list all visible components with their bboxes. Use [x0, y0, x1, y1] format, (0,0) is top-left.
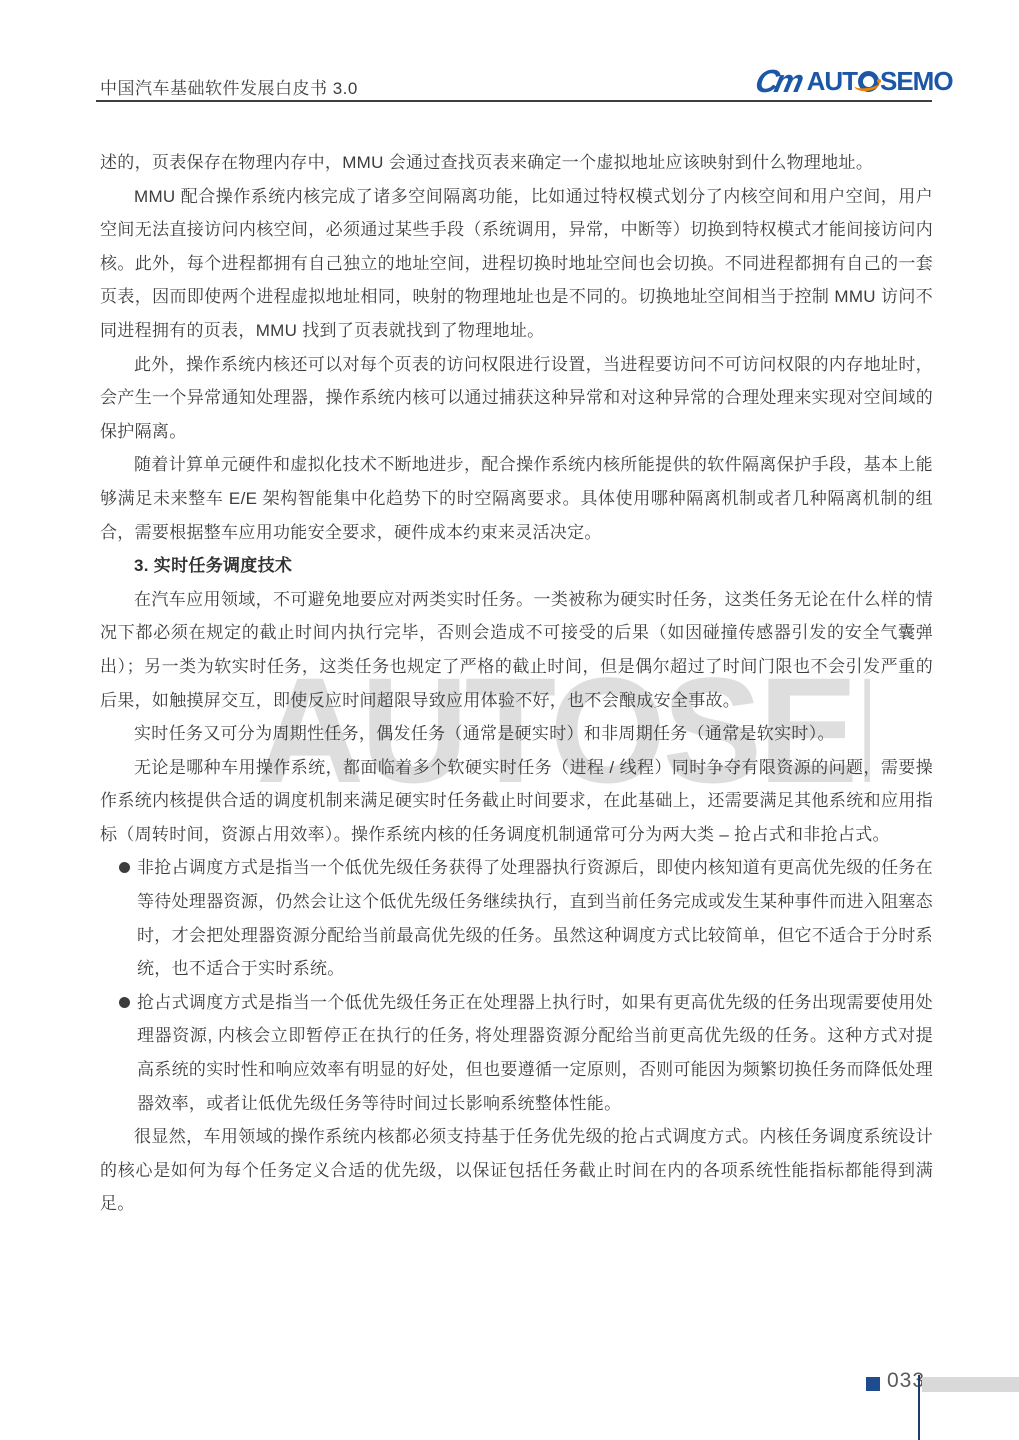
body-paragraph: 实时任务又可分为周期性任务，偶发任务（通常是硬实时）和非周期任务（通常是软实时）… — [100, 717, 933, 751]
body-paragraph: 述的，页表保存在物理内存中，MMU 会通过查找页表来确定一个虚拟地址应该映射到什… — [100, 146, 933, 180]
footer-vertical-rule — [918, 1375, 920, 1440]
logo-text-aut: AUT — [807, 68, 857, 94]
body-paragraph: 随着计算单元硬件和虚拟化技术不断地进步，配合操作系统内核所能提供的软件隔离保护手… — [100, 448, 933, 549]
autosemo-logo-icon: Cm AUT SEMO — [756, 62, 953, 100]
page-number-square-icon — [866, 1377, 880, 1391]
document-page: 中国汽车基础软件发展白皮书 3.0 Cm AUT SEMO AUTOSEMO 述… — [0, 0, 1019, 1440]
document-body: 述的，页表保存在物理内存中，MMU 会通过查找页表来确定一个虚拟地址应该映射到什… — [100, 146, 933, 1221]
logo-wordmark: AUT SEMO — [807, 68, 953, 94]
header-doc-title: 中国汽车基础软件发展白皮书 3.0 — [100, 74, 358, 99]
logo-cm-mark: Cm — [753, 65, 803, 97]
bullet-item: 抢占式调度方式是指当一个低优先级任务正在处理器上执行时，如果有更高优先级的任务出… — [100, 986, 933, 1120]
body-paragraph: 在汽车应用领域，不可避免地要应对两类实时任务。一类被称为硬实时任务，这类任务无论… — [100, 583, 933, 717]
bullet-item: 非抢占调度方式是指当一个低优先级任务获得了处理器执行资源后，即使内核知道有更高优… — [100, 851, 933, 985]
logo-text-semo: SEMO — [880, 68, 953, 94]
section-heading: 3. 实时任务调度技术 — [100, 549, 933, 583]
body-paragraph: 无论是哪种车用操作系统，都面临着多个软硬实时任务（进程 / 线程）同时争夺有限资… — [100, 751, 933, 852]
body-paragraph: 此外，操作系统内核还可以对每个页表的访问权限进行设置，当进程要访问不可访问权限的… — [100, 348, 933, 449]
body-paragraph: MMU 配合操作系统内核完成了诸多空间隔离功能，比如通过特权模式划分了内核空间和… — [100, 180, 933, 348]
logo-o-swirl-icon — [858, 71, 879, 92]
bullet-text: 非抢占调度方式是指当一个低优先级任务获得了处理器执行资源后，即使内核知道有更高优… — [137, 851, 933, 985]
bullet-icon — [119, 997, 130, 1008]
bullet-text: 抢占式调度方式是指当一个低优先级任务正在处理器上执行时，如果有更高优先级的任务出… — [137, 986, 933, 1120]
footer-gray-bar — [922, 1377, 1019, 1392]
header-divider — [96, 100, 932, 102]
bullet-icon — [119, 862, 130, 873]
body-paragraph: 很显然，车用领域的操作系统内核都必须支持基于任务优先级的抢占式调度方式。内核任务… — [100, 1120, 933, 1221]
